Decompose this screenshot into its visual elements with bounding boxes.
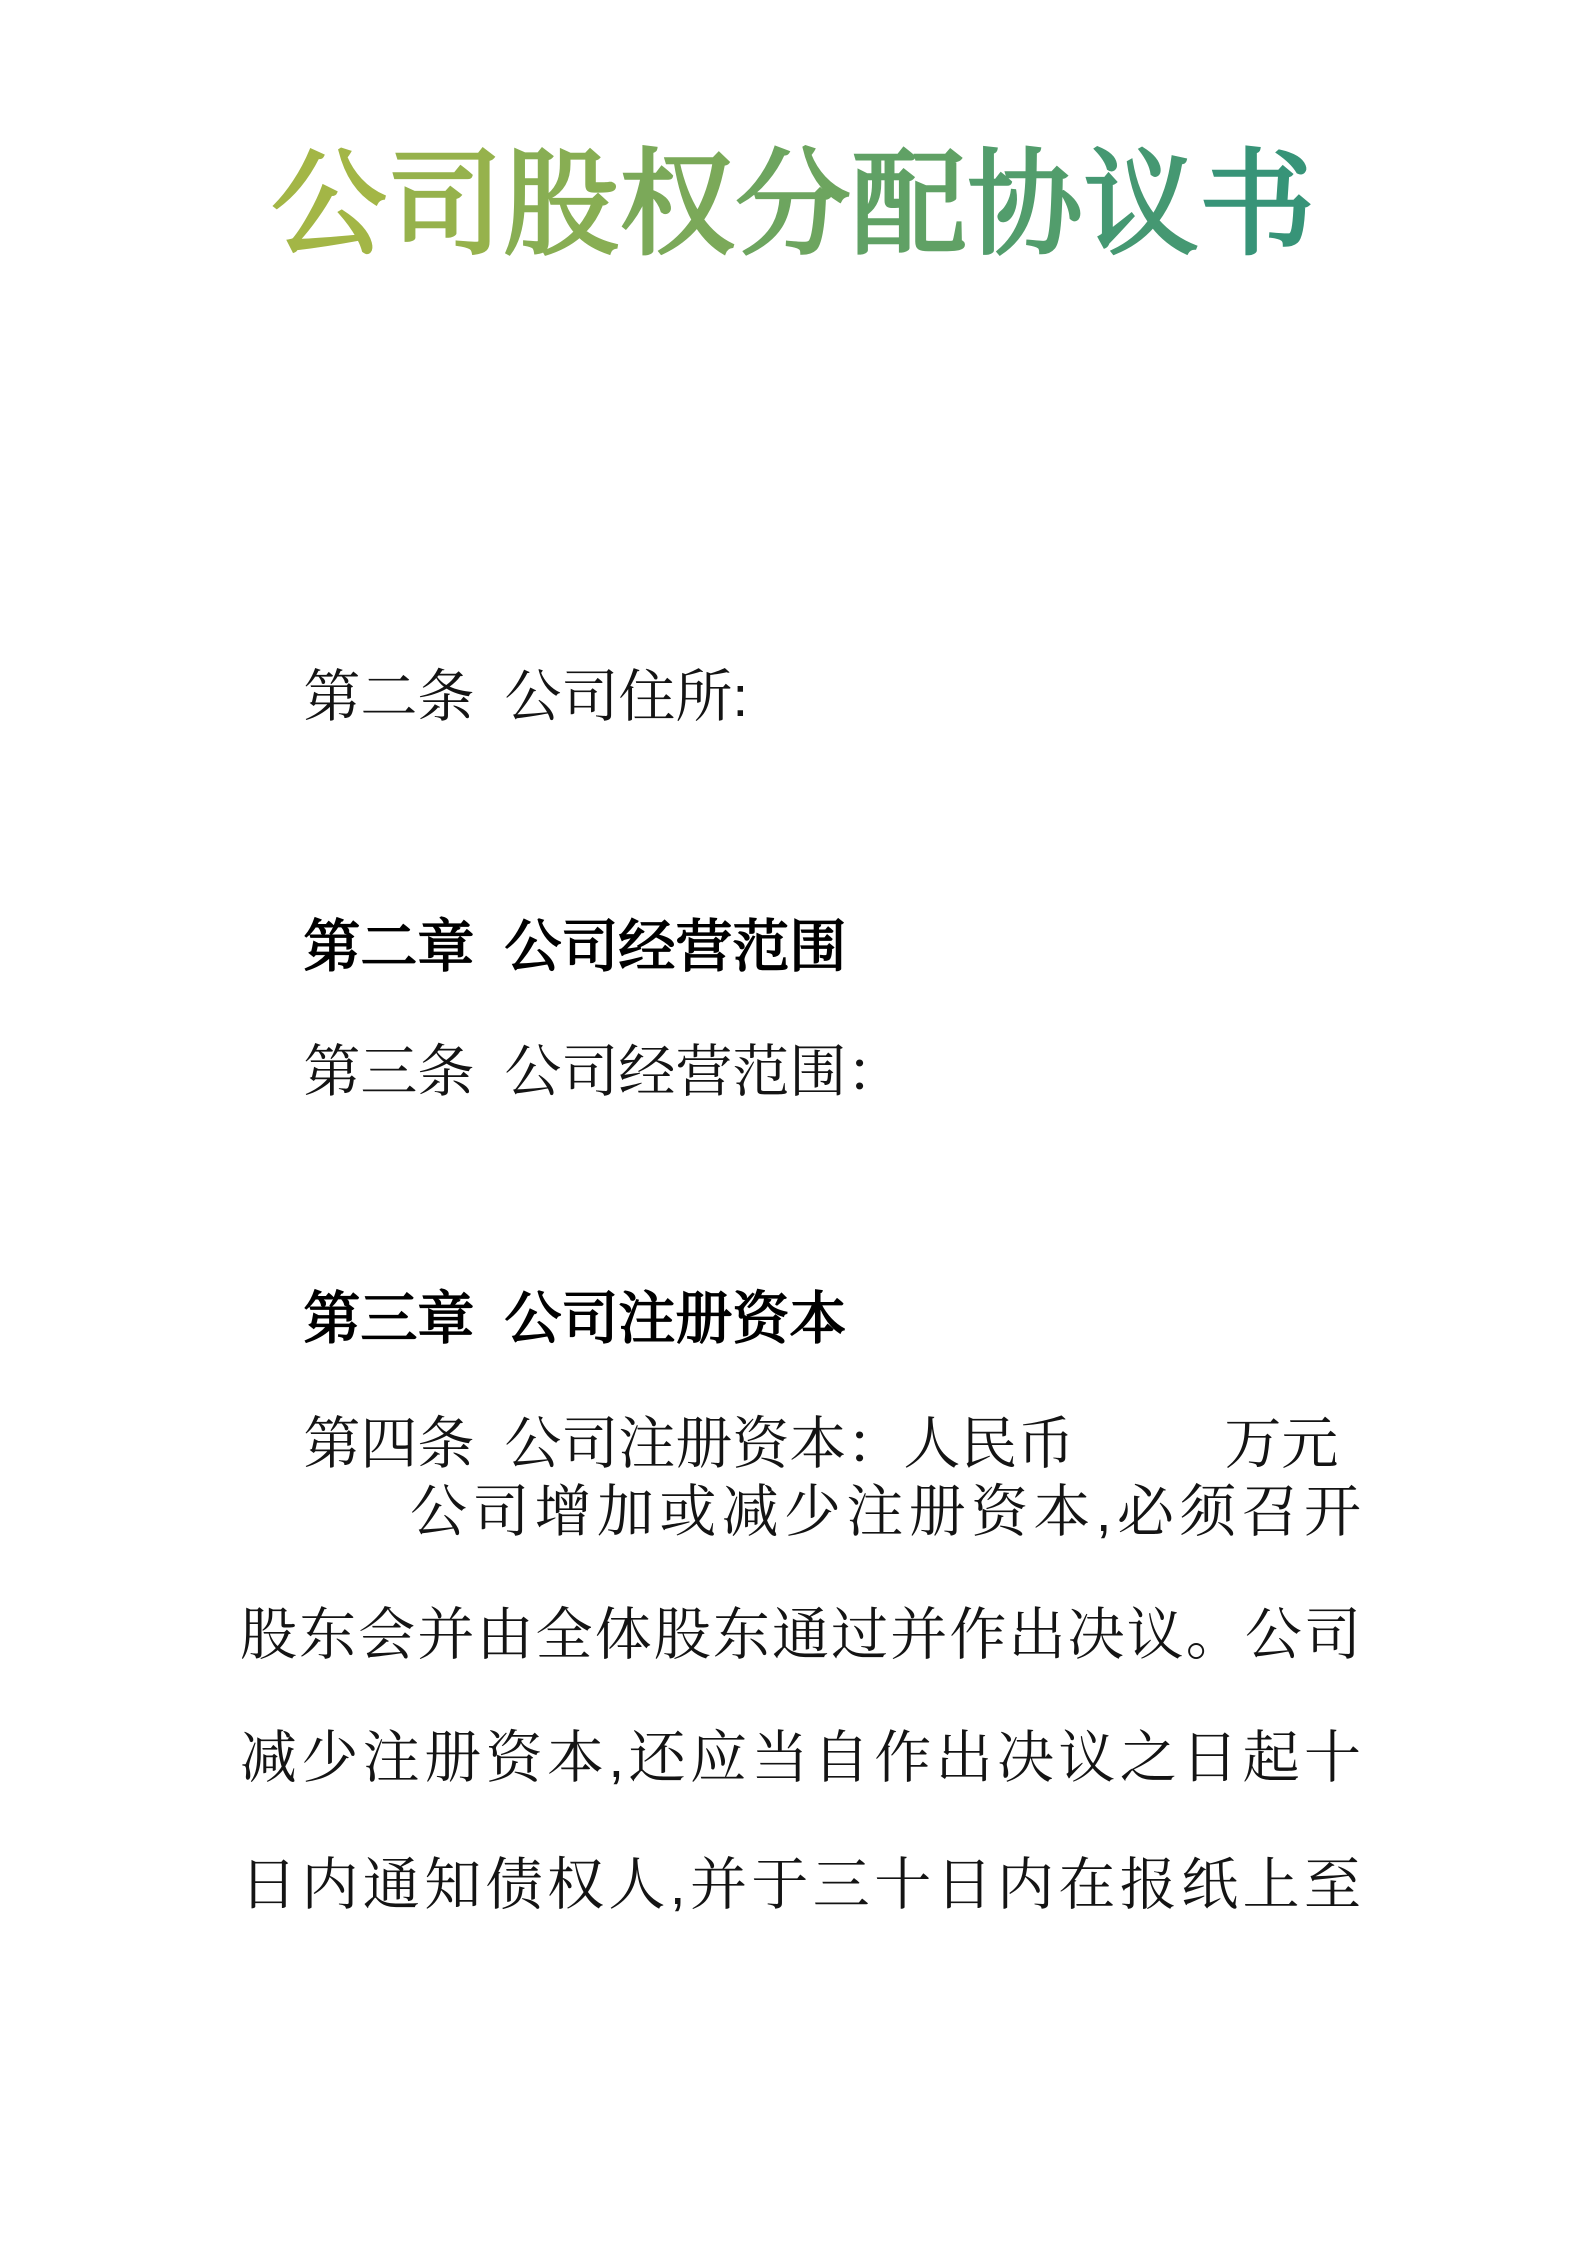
- title-char: 股: [503, 141, 619, 269]
- chapter-3-title: 公司注册资本: [504, 1287, 846, 1351]
- title-char: 议: [1084, 141, 1200, 269]
- title-char: 分: [735, 141, 851, 269]
- title-char: 协: [968, 141, 1084, 269]
- title-char: 司: [387, 141, 503, 269]
- title-char: 书: [1200, 141, 1316, 269]
- paragraph-line-3: 减少注册资本,还应当自作出决议之日起十: [240, 1727, 1361, 1789]
- clause-4-text: 公司注册资本：人民币: [504, 1412, 1074, 1476]
- document-page: 公司股权分配协议书 第二条公司住所: 第二章公司经营范围 第三条公司经营范围： …: [0, 0, 1587, 2245]
- chapter-2-title: 公司经营范围: [504, 915, 846, 979]
- paragraph-line-1: 公司增加或减少注册资本,必须召开: [240, 1481, 1361, 1543]
- clause-2-text: 公司住所:: [504, 665, 748, 729]
- clause-3-text: 公司经营范围：: [504, 1040, 903, 1104]
- document-title: 公司股权分配协议书: [0, 130, 1587, 280]
- chapter-2-number: 第二章: [303, 915, 474, 979]
- clause-2-line: 第二条公司住所:: [240, 604, 1361, 790]
- chapter-3-number: 第三章: [303, 1287, 474, 1351]
- clause-4-number: 第四条: [303, 1412, 474, 1476]
- clause-4-unit: 万元: [1224, 1412, 1338, 1476]
- paragraph-line-2: 股东会并由全体股东通过并作出决议。公司: [240, 1604, 1361, 1666]
- title-char: 公: [271, 141, 387, 269]
- title-char: 配: [852, 141, 968, 269]
- clause-2-number: 第二条: [303, 665, 474, 729]
- amount-blank-field[interactable]: [1074, 1462, 1224, 1463]
- title-char: 权: [619, 141, 735, 269]
- clause-3-number: 第三条: [303, 1040, 474, 1104]
- clause-3-line: 第三条公司经营范围：: [240, 979, 1361, 1165]
- paragraph-line-4: 日内通知债权人,并于三十日内在报纸上至: [240, 1854, 1361, 1916]
